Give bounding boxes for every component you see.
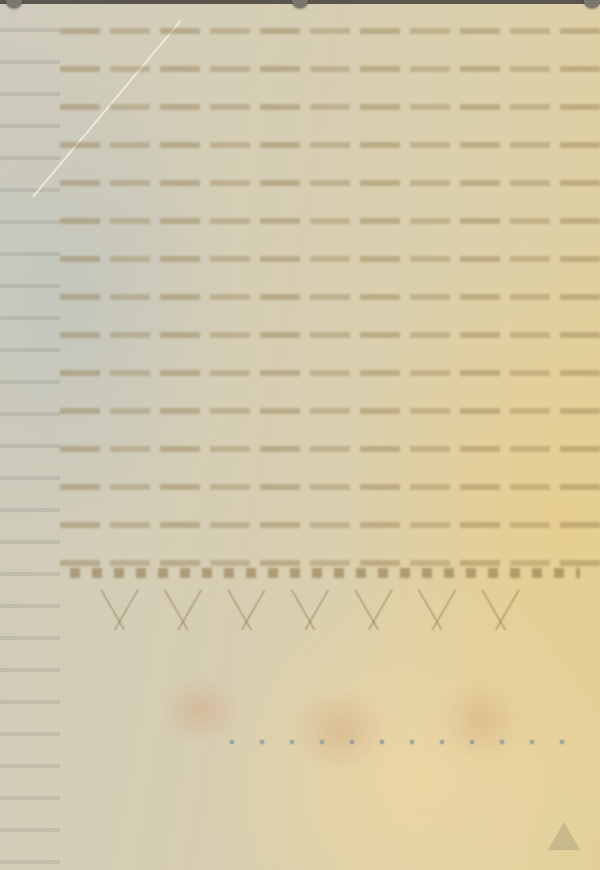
text-column: [310, 10, 350, 570]
pin-center: [292, 0, 308, 8]
large-faded-characters: [120, 650, 540, 790]
triangular-stamp: [548, 822, 580, 850]
text-column: [110, 10, 150, 570]
left-margin-marks: [0, 0, 60, 870]
paper-photo: [0, 0, 600, 870]
text-column: [460, 10, 500, 570]
text-column: [60, 10, 100, 570]
text-column: [410, 10, 450, 570]
text-column: [160, 10, 200, 570]
bleed-through-text-columns: [60, 10, 600, 570]
horizontal-text-band: [70, 568, 580, 578]
text-column: [360, 10, 400, 570]
pin-right: [584, 0, 600, 8]
blue-ink-traces: [230, 740, 590, 744]
text-column: [510, 10, 550, 570]
text-column: [260, 10, 300, 570]
text-column: [560, 10, 600, 570]
x-pattern-band: [100, 590, 520, 630]
text-column: [210, 10, 250, 570]
